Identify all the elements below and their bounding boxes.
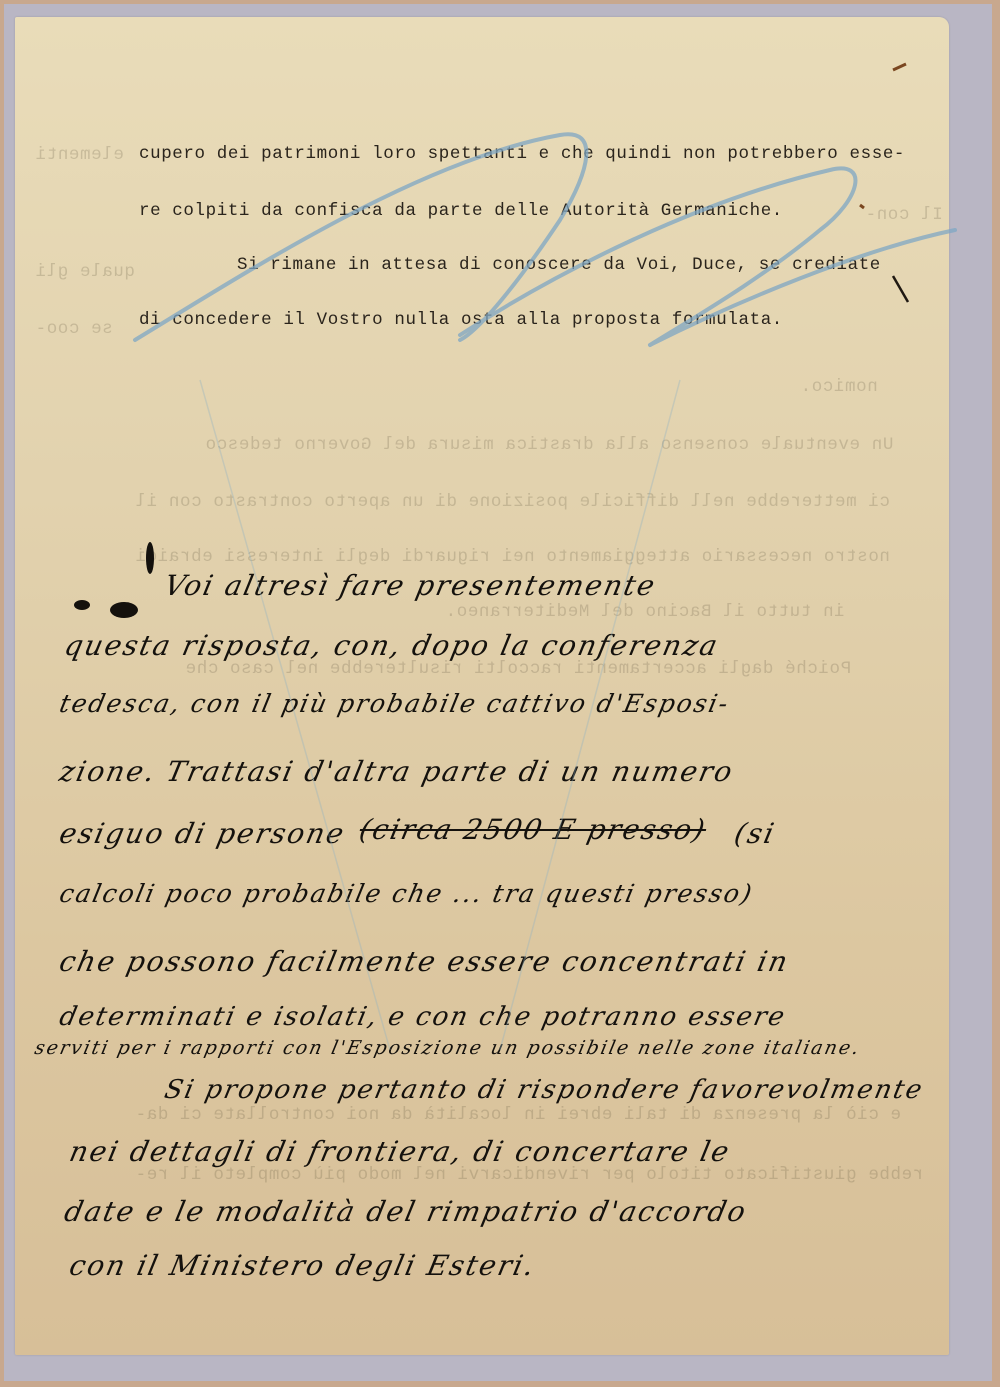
typed-line: Si rimane in attesa di conoscere da Voi,… <box>237 255 881 275</box>
handwritten-line: con il Ministero degli Esteri. <box>66 1249 538 1282</box>
show-through-line: in tutto il Bacino del Mediterraneo. <box>445 602 845 622</box>
handwritten-line: calcoli poco probabile che ... tra quest… <box>57 879 756 908</box>
handwritten-line: tedesca, con il più probabile cattivo d'… <box>57 689 733 718</box>
show-through-line: nomico. <box>800 377 878 397</box>
struck-out-text: (circa 2500 E presso) <box>356 813 709 846</box>
handwritten-line: determinati e isolati, e con che potrann… <box>57 1002 789 1032</box>
handwritten-line: serviti per i rapporti con l'Esposizione… <box>33 1037 863 1059</box>
handwritten-line: nei dettagli di frontiera, di concertare… <box>66 1135 733 1168</box>
show-through-line: Il con- <box>865 205 943 225</box>
handwritten-line: che possono facilmente essere concentrat… <box>56 945 792 978</box>
show-through-line: quale gli <box>35 262 135 282</box>
show-through-line: se coo- <box>35 319 113 339</box>
show-through-line: rebbe giustificato titolo per rivendicar… <box>135 1165 923 1185</box>
typed-line: di concedere il Vostro nulla osta alla p… <box>139 310 783 330</box>
typed-line: cupero dei patrimoni loro spettanti e ch… <box>139 144 905 164</box>
show-through-line: nostro necessario atteggiamento nei rigu… <box>135 547 890 567</box>
show-through-line: Un eventuale consenso alla drastica misu… <box>205 435 893 455</box>
show-through-line: ci metterebbe nell difficile posizione d… <box>135 492 890 512</box>
show-through-line: e ciò la presenza di tali ebrei in local… <box>135 1105 901 1125</box>
handwritten-line: Si propone pertanto di rispondere favore… <box>162 1075 927 1105</box>
handwritten-line: Voi altresì fare presentemente <box>161 569 659 602</box>
typed-line: re colpiti da confisca da parte delle Au… <box>139 201 783 221</box>
document-page: elementi Il con- quale gli se coo- nomic… <box>15 17 949 1355</box>
handwritten-line: questa risposta, con, dopo la conferenza <box>61 629 722 662</box>
handwritten-line: date e le modalità del rimpatrio d'accor… <box>61 1195 750 1228</box>
handwritten-line: (si <box>731 817 778 850</box>
handwritten-line: zione. Trattasi d'altra parte di un nume… <box>56 755 737 788</box>
show-through-line: Poiché dagli accertamenti raccolti risul… <box>185 659 851 679</box>
handwritten-line: esiguo di persone <box>56 817 348 850</box>
show-through-line: elementi <box>35 145 124 165</box>
